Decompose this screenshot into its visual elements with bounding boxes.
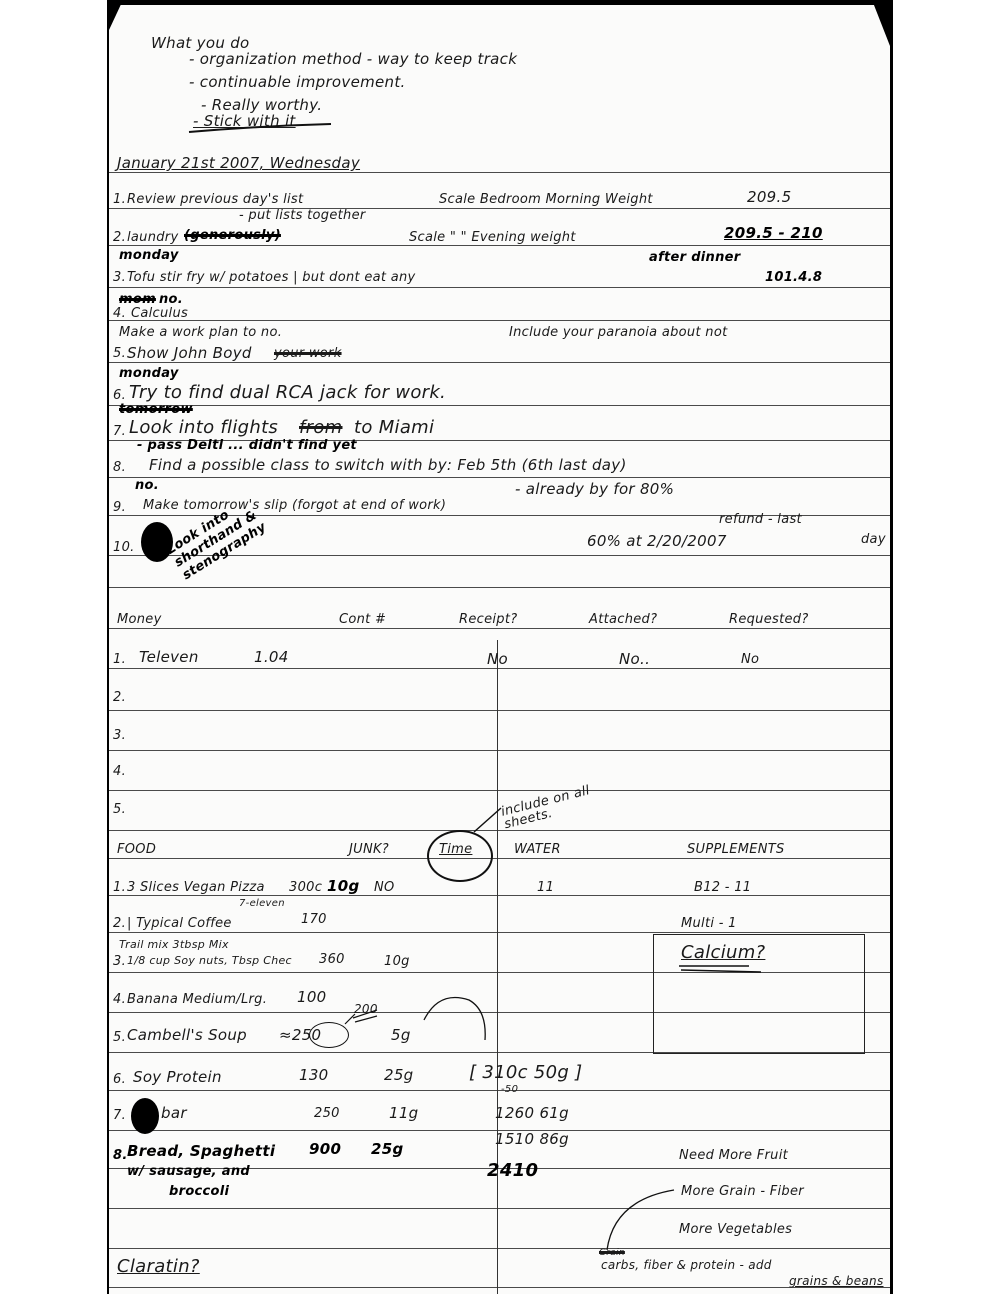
calorie-circle bbox=[309, 1022, 349, 1048]
todo-tag: monday bbox=[119, 248, 179, 263]
food-protein: 5g bbox=[391, 1026, 411, 1044]
money-row-number: 1. bbox=[113, 652, 126, 667]
running-total: 1510 86g bbox=[495, 1130, 569, 1148]
food-row-number: 1. bbox=[113, 880, 126, 895]
money-requested: No bbox=[741, 652, 759, 667]
food-row-number: 6. bbox=[113, 1072, 126, 1087]
money-header: Money bbox=[117, 612, 162, 627]
morning-weight: 209.5 bbox=[747, 188, 791, 206]
food-calories: 170 bbox=[301, 912, 327, 927]
food-item: 1/8 cup Soy nuts, Tbsp Chec bbox=[127, 954, 292, 967]
food-calories: 300c bbox=[289, 880, 322, 895]
money-amount: 1.04 bbox=[254, 648, 289, 666]
food-row-number: 8. bbox=[113, 1148, 128, 1163]
ruled-line bbox=[109, 587, 890, 588]
money-header: Attached? bbox=[589, 612, 657, 627]
diet-note: More Grain - Fiber bbox=[681, 1184, 804, 1199]
todo-number: 2. bbox=[113, 230, 126, 245]
food-item: | Typical Coffee bbox=[127, 916, 232, 931]
todo-item: Try to find dual RCA jack for work. bbox=[129, 382, 446, 403]
todo-note: Scale Bedroom Morning Weight bbox=[439, 192, 653, 207]
ruled-line bbox=[109, 245, 890, 246]
ruled-line bbox=[109, 1287, 890, 1288]
food-header: JUNK? bbox=[349, 842, 389, 857]
todo-item: Make a work plan to no. bbox=[119, 325, 282, 340]
redaction-blot bbox=[131, 1098, 159, 1134]
todo-number: 1. bbox=[113, 192, 126, 207]
todo-subnote: - pass Deltl ... didn't find yet bbox=[137, 438, 357, 453]
money-receipt: No bbox=[487, 650, 508, 668]
todo-item: Review previous day's list bbox=[127, 192, 303, 207]
food-row-number: 7. bbox=[113, 1108, 126, 1123]
food-header: Time bbox=[439, 842, 472, 857]
ruled-line bbox=[109, 405, 890, 406]
ruled-line bbox=[109, 830, 890, 831]
todo-tag: no. bbox=[159, 292, 183, 307]
food-calories: 100 bbox=[297, 988, 327, 1006]
food-item-cont: w/ sausage, and bbox=[127, 1164, 250, 1179]
food-item: Cambell's Soup bbox=[127, 1026, 247, 1044]
scan-corner-left bbox=[109, 0, 123, 30]
money-header: Requested? bbox=[729, 612, 809, 627]
ruled-line bbox=[109, 172, 890, 173]
todo-note: Include your paranoia about not bbox=[509, 325, 727, 340]
food-item: Banana Medium/Lrg. bbox=[127, 992, 267, 1007]
food-item: 3 Slices Vegan Pizza bbox=[127, 880, 265, 895]
todo-item: Look into flights bbox=[129, 417, 278, 438]
ruled-line bbox=[109, 790, 890, 791]
food-header: SUPPLEMENTS bbox=[687, 842, 785, 857]
calorie-total: 2410 bbox=[487, 1160, 538, 1181]
running-total: [ 310c 50g ] bbox=[469, 1062, 582, 1083]
food-calories: 130 bbox=[299, 1066, 329, 1084]
todo-note: - already by for 80% bbox=[515, 480, 674, 498]
money-row-number: 3. bbox=[113, 728, 126, 743]
money-name: Televen bbox=[139, 648, 199, 666]
food-row-number: 2. bbox=[113, 916, 126, 931]
food-calories: 900 bbox=[309, 1140, 341, 1158]
todo-number: 6. bbox=[113, 388, 126, 403]
todo-item: Calculus bbox=[131, 306, 188, 321]
ruled-line bbox=[109, 932, 890, 933]
todo-subnote: - put lists together bbox=[239, 208, 366, 223]
running-total: 1260 61g bbox=[495, 1104, 569, 1122]
todo-value: 101.4.8 bbox=[765, 270, 822, 285]
money-row-number: 5. bbox=[113, 802, 126, 817]
todo-item: Find a possible class to switch with by:… bbox=[149, 456, 627, 474]
food-item: bar bbox=[161, 1104, 187, 1122]
ruled-line bbox=[109, 858, 890, 859]
money-row-number: 2. bbox=[113, 690, 126, 705]
scan-border-top bbox=[109, 0, 890, 5]
todo-note: Scale " " Evening weight bbox=[409, 230, 576, 245]
food-item: Soy Protein bbox=[133, 1068, 222, 1086]
food-protein: 11g bbox=[389, 1104, 419, 1122]
ruled-line bbox=[109, 208, 890, 209]
food-header: FOOD bbox=[117, 842, 156, 857]
todo-tag: monday bbox=[119, 366, 179, 381]
struck-text: your work bbox=[274, 346, 342, 361]
diet-note: carbs, fiber & protein - add bbox=[601, 1258, 772, 1272]
scan-corner-right bbox=[872, 0, 890, 46]
todo-note: day bbox=[861, 532, 886, 547]
todo-number: 4. bbox=[113, 306, 126, 321]
ruled-line bbox=[109, 1208, 890, 1209]
food-row-number: 4. bbox=[113, 992, 126, 1007]
todo-number: 8. bbox=[113, 460, 126, 475]
todo-note: refund - last bbox=[719, 512, 802, 527]
todo-number: 7. bbox=[113, 424, 126, 439]
todo-tag: no. bbox=[135, 478, 159, 493]
food-note: Need More Fruit bbox=[679, 1148, 788, 1163]
ruled-line bbox=[109, 668, 890, 669]
money-attached: No.. bbox=[619, 650, 650, 668]
food-row-number: 3. bbox=[113, 954, 126, 969]
ruled-line bbox=[109, 1248, 890, 1249]
ruled-line bbox=[109, 362, 890, 363]
money-annotation: include on all sheets. bbox=[500, 775, 632, 832]
food-supplement: Multi - 1 bbox=[681, 916, 737, 931]
note-point: - organization method - way to keep trac… bbox=[189, 50, 517, 68]
money-header: Receipt? bbox=[459, 612, 517, 627]
food-protein: 25g bbox=[384, 1066, 414, 1084]
struck-text: from bbox=[299, 417, 342, 438]
ruled-line bbox=[109, 710, 890, 711]
todo-item: Tofu stir fry w/ potatoes | but dont eat… bbox=[127, 270, 416, 285]
food-row-number: 5. bbox=[113, 1030, 126, 1045]
note-point: - Stick with it bbox=[193, 112, 296, 130]
todo-number: 9. bbox=[113, 500, 126, 515]
money-header: Cont # bbox=[339, 612, 386, 627]
calcium-note: Calcium? bbox=[681, 942, 765, 963]
ruled-line bbox=[109, 895, 890, 896]
food-protein: 10g bbox=[327, 877, 360, 895]
refund-note: 60% at 2/20/2007 bbox=[587, 532, 727, 550]
struck-text: (generously) bbox=[184, 228, 281, 243]
ruled-line bbox=[109, 477, 890, 478]
evening-weight: 209.5 - 210 bbox=[724, 224, 823, 242]
diet-note: More Vegetables bbox=[679, 1222, 792, 1237]
note-point: - continuable improvement. bbox=[189, 73, 406, 91]
food-correction: 200 bbox=[354, 1002, 378, 1016]
claritin-note: Claratin? bbox=[117, 1256, 200, 1277]
food-item-cont: broccoli bbox=[169, 1184, 229, 1199]
ruled-line bbox=[109, 628, 890, 629]
todo-item: to Miami bbox=[354, 417, 434, 438]
ruled-line bbox=[109, 1090, 890, 1091]
diet-note: grains & beans bbox=[789, 1274, 884, 1288]
todo-number: 10. bbox=[113, 540, 135, 555]
date-line: January 21st 2007, Wednesday bbox=[117, 154, 360, 172]
food-item: Bread, Spaghetti bbox=[127, 1142, 275, 1160]
running-adjust: -50 bbox=[501, 1084, 518, 1095]
food-supplement: B12 - 11 bbox=[694, 880, 751, 895]
food-junk: NO bbox=[374, 880, 395, 895]
food-calories: 360 bbox=[319, 952, 345, 967]
food-note: 7-eleven bbox=[239, 898, 285, 909]
todo-note: after dinner bbox=[649, 250, 741, 265]
food-protein: 25g bbox=[371, 1140, 404, 1158]
todo-number: 5. bbox=[113, 346, 126, 361]
food-protein: 10g bbox=[384, 954, 410, 969]
food-note: Trail mix 3tbsp Mix bbox=[119, 938, 229, 951]
ruled-line bbox=[109, 750, 890, 751]
todo-number: 3. bbox=[113, 270, 126, 285]
todo-item: Look into shorthand & stenography bbox=[164, 466, 315, 584]
ruled-line bbox=[109, 287, 890, 288]
food-header: WATER bbox=[514, 842, 561, 857]
todo-item: laundry bbox=[127, 230, 178, 245]
money-row-number: 4. bbox=[113, 764, 126, 779]
column-divider bbox=[497, 640, 498, 1294]
food-calories: 250 bbox=[314, 1106, 340, 1121]
ruled-line bbox=[109, 320, 890, 321]
struck-text: Grain bbox=[599, 1248, 625, 1258]
todo-item: Show John Boyd bbox=[127, 344, 252, 362]
struck-text: mom bbox=[119, 292, 156, 307]
todo-tag: tomorrow bbox=[119, 402, 193, 417]
food-water: 11 bbox=[537, 880, 554, 895]
scanned-page: What you do - organization method - way … bbox=[107, 0, 893, 1294]
